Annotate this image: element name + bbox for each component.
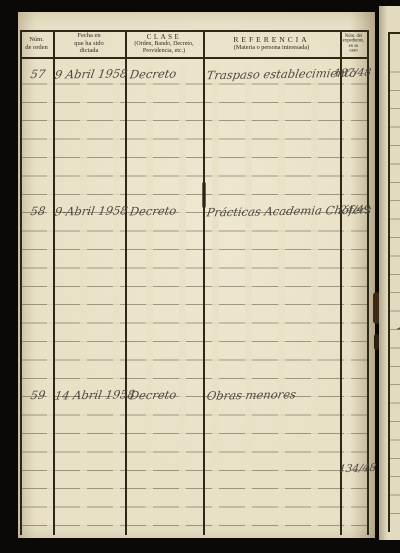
header-num-expediente: Núm. del expediente, en su caso	[343, 33, 364, 54]
column-divider-clase	[203, 30, 205, 535]
header-fecha-line1: Fecha en	[77, 32, 100, 39]
entry-referencia: Obras menores	[206, 387, 297, 403]
column-divider-fecha	[125, 30, 127, 535]
adjacent-page-ruled-lines	[389, 54, 400, 520]
header-clase: CLASE (Orden, Bando, Decreto, Providenci…	[125, 30, 203, 57]
header-referencia-title: REFERENCIA	[233, 36, 309, 45]
header-num-de-orden: Núm. de orden	[20, 30, 53, 57]
ledger-entry-row: 58 9-Abril 1958 Decreto Prácticas Academ…	[18, 204, 375, 228]
column-divider-referencia	[340, 30, 342, 535]
header-fecha: Fecha en que ha sido dictada	[53, 30, 125, 57]
header-exp-line4: caso	[349, 48, 357, 53]
ledger-entry-row: 57 9 Abril 1958 Decreto Traspaso estable…	[18, 67, 375, 91]
header-referencia: REFERENCIA (Materia o persona interesada…	[203, 30, 340, 57]
header-clase-sub1: (Orden, Bando, Decreto,	[134, 41, 193, 48]
header-fecha-line3: dictada	[80, 47, 99, 54]
adjacent-page-header-line	[388, 32, 400, 34]
entry-fecha: 9-Abril 1958	[54, 203, 126, 218]
entry-clase: Decreto	[129, 204, 178, 219]
table-right-border	[367, 30, 369, 535]
entry-fecha: 14 Abril 1958	[54, 387, 126, 402]
header-num-title: Núm.	[29, 36, 44, 43]
entry-num: 58	[23, 204, 53, 218]
entry-expediente: 24/49	[333, 204, 371, 217]
ruled-lines	[21, 66, 367, 526]
header-fecha-line2: que ha sido	[74, 40, 104, 47]
entry-expediente: 187/48	[333, 67, 371, 80]
adjacent-page-edge	[379, 6, 400, 540]
entry-fecha: 9 Abril 1958	[54, 66, 126, 81]
entry-expediente	[334, 388, 370, 389]
handwritten-margin-note: 134/48	[315, 462, 377, 476]
adjacent-page-table-border	[388, 32, 390, 532]
header-bottom-border	[20, 57, 368, 59]
entry-clase: Decreto	[129, 388, 178, 403]
ledger-entry-row: 59 14 Abril 1958 Decreto Obras menores	[18, 388, 375, 412]
header-clase-sub2: Providencia, etc.)	[143, 48, 185, 55]
header-clase-title: CLASE	[147, 33, 182, 41]
scanned-registry-book: Núm. de orden Fecha en que ha sido dicta…	[0, 0, 400, 553]
entry-num: 59	[23, 388, 53, 402]
header-num-sub: de orden	[25, 44, 48, 51]
entry-num: 57	[23, 67, 53, 81]
entry-clase: Decreto	[129, 67, 178, 82]
ledger-page: Núm. de orden Fecha en que ha sido dicta…	[18, 12, 375, 538]
header-referencia-sub: (Materia o persona interesada)	[234, 44, 309, 51]
table-left-border	[20, 30, 22, 535]
column-divider-num	[53, 30, 55, 535]
